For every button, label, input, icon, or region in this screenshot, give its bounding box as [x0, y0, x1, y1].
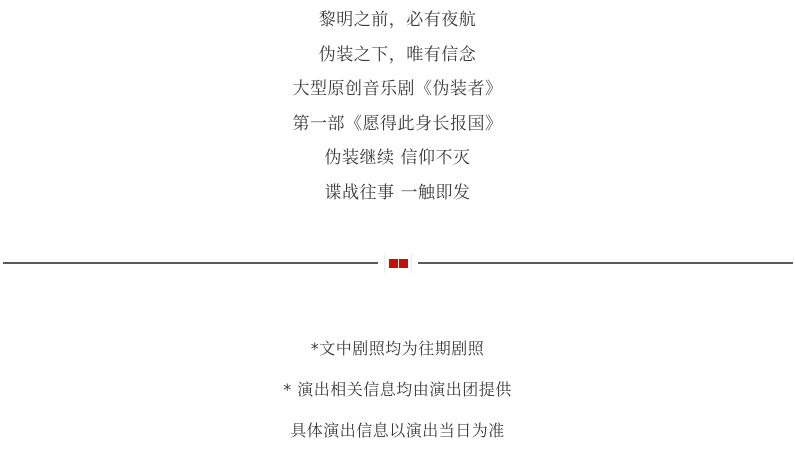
divider-ornament-icon: [383, 252, 413, 274]
divider-rule-left: [3, 262, 378, 264]
red-square-icon: [399, 259, 408, 268]
poem-line: 伪装之下，唯有信念: [0, 38, 795, 73]
note-line: 具体演出信息以演出当日为准: [0, 415, 795, 451]
note-line: *文中剧照均为往期剧照: [0, 333, 795, 374]
notes-block: *文中剧照均为往期剧照 * 演出相关信息均由演出团提供 具体演出信息以演出当日为…: [0, 333, 795, 451]
ornament-bar-right: [411, 253, 412, 273]
note-line: * 演出相关信息均由演出团提供: [0, 374, 795, 415]
poem-line: 谍战往事 一触即发: [0, 176, 795, 211]
ornament-bar-left: [384, 253, 385, 273]
red-square-icon: [389, 259, 398, 268]
poem-line: 黎明之前，必有夜航: [0, 3, 795, 38]
divider-rule-right: [418, 262, 793, 264]
poem-line: 大型原创音乐剧《伪装者》: [0, 72, 795, 107]
poem-line: 第一部《愿得此身长报国》: [0, 107, 795, 142]
section-divider: [0, 252, 795, 274]
poem-block: 黎明之前，必有夜航 伪装之下，唯有信念 大型原创音乐剧《伪装者》 第一部《愿得此…: [0, 3, 795, 210]
poem-line: 伪装继续 信仰不灭: [0, 141, 795, 176]
